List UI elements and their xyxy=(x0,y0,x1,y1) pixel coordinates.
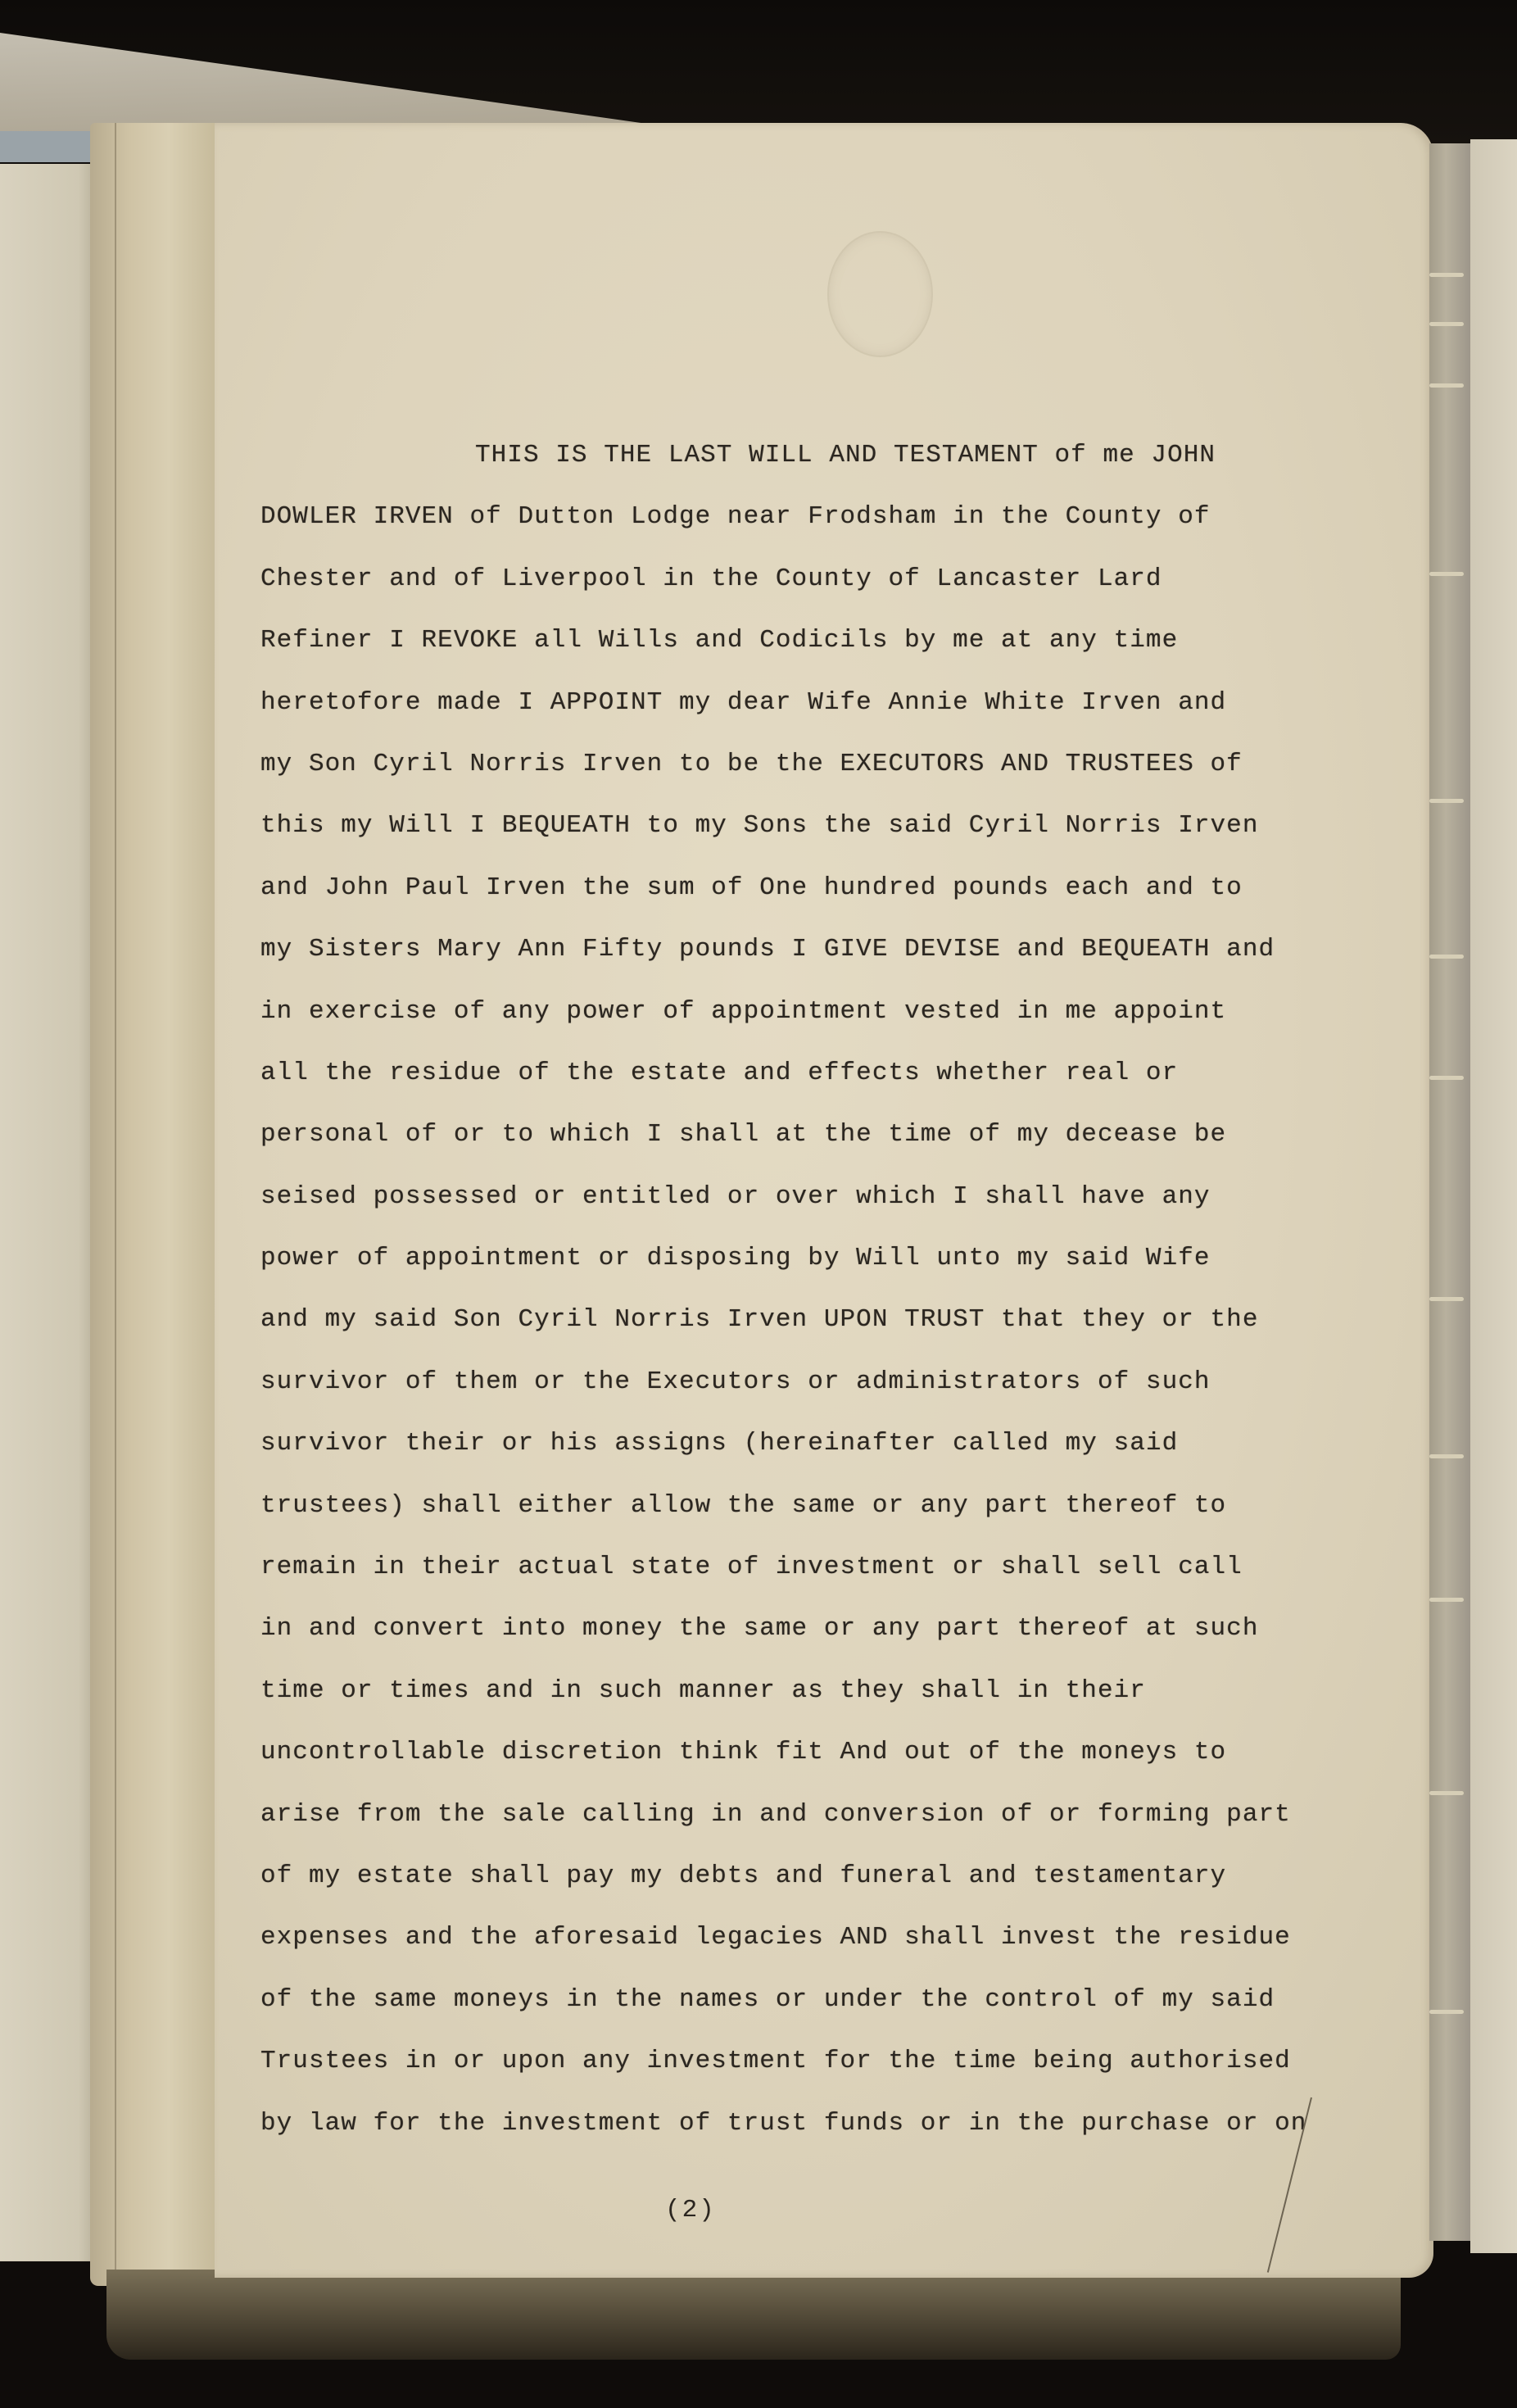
right-facing-page xyxy=(1470,139,1517,2253)
text-line: remain in their actual state of investme… xyxy=(260,1536,1350,1598)
text-line: trustees) shall either allow the same or… xyxy=(260,1475,1350,1536)
text-line: in exercise of any power of appointment … xyxy=(260,981,1350,1042)
text-line: THIS IS THE LAST WILL AND TESTAMENT of m… xyxy=(260,424,1350,486)
text-line: uncontrollable discretion think fit And … xyxy=(260,1721,1350,1783)
text-line: Trustees in or upon any investment for t… xyxy=(260,2030,1350,2092)
page-number: (2) xyxy=(665,2196,716,2224)
text-line: arise from the sale calling in and conve… xyxy=(260,1784,1350,1845)
binding-stitch-icon xyxy=(1429,383,1464,388)
text-line: by law for the investment of trust funds… xyxy=(260,2093,1350,2154)
text-line: Chester and of Liverpool in the County o… xyxy=(260,548,1350,610)
binding-stitch-icon xyxy=(1429,2010,1464,2014)
worn-bottom-edge xyxy=(106,2270,1401,2360)
embossed-seal-icon xyxy=(827,231,933,357)
text-line: heretofore made I APPOINT my dear Wife A… xyxy=(260,672,1350,733)
binding-stitch-icon xyxy=(1429,1454,1464,1458)
text-line: seised possessed or entitled or over whi… xyxy=(260,1166,1350,1227)
text-line: and my said Son Cyril Norris Irven UPON … xyxy=(260,1289,1350,1350)
binding-stitch-icon xyxy=(1429,273,1464,277)
text-line: power of appointment or disposing by Wil… xyxy=(260,1227,1350,1289)
text-line: all the residue of the estate and effect… xyxy=(260,1042,1350,1104)
binding-stitch-icon xyxy=(1429,799,1464,803)
binding-stitch-icon xyxy=(1429,1791,1464,1795)
text-line: time or times and in such manner as they… xyxy=(260,1660,1350,1721)
text-line: expenses and the aforesaid legacies AND … xyxy=(260,1907,1350,1968)
text-line: this my Will I BEQUEATH to my Sons the s… xyxy=(260,795,1350,856)
text-line: personal of or to which I shall at the t… xyxy=(260,1104,1350,1165)
text-line: survivor their or his assigns (hereinaft… xyxy=(260,1413,1350,1474)
text-line: in and convert into money the same or an… xyxy=(260,1598,1350,1659)
text-line: and John Paul Irven the sum of One hundr… xyxy=(260,857,1350,918)
text-line: my Son Cyril Norris Irven to be the EXEC… xyxy=(260,733,1350,795)
binding-gutter xyxy=(1429,143,1470,2241)
binding-stitch-icon xyxy=(1429,955,1464,959)
text-line: my Sisters Mary Ann Fifty pounds I GIVE … xyxy=(260,918,1350,980)
binding-stitch-icon xyxy=(1429,1076,1464,1080)
text-line: of my estate shall pay my debts and fune… xyxy=(260,1845,1350,1907)
binding-stitch-icon xyxy=(1429,572,1464,576)
text-line: survivor of them or the Executors or adm… xyxy=(260,1351,1350,1413)
binding-stitch-icon xyxy=(1429,1598,1464,1602)
left-facing-page xyxy=(0,164,98,2261)
binding-stitch-icon xyxy=(1429,322,1464,326)
binding-stitch-icon xyxy=(1429,1297,1464,1301)
left-page-strip xyxy=(0,131,98,162)
page-stack-edge xyxy=(90,123,221,2286)
text-line: DOWLER IRVEN of Dutton Lodge near Frodsh… xyxy=(260,486,1350,547)
text-line: Refiner I REVOKE all Wills and Codicils … xyxy=(260,610,1350,671)
will-body-text: THIS IS THE LAST WILL AND TESTAMENT of m… xyxy=(260,424,1350,2154)
text-line: of the same moneys in the names or under… xyxy=(260,1969,1350,2030)
